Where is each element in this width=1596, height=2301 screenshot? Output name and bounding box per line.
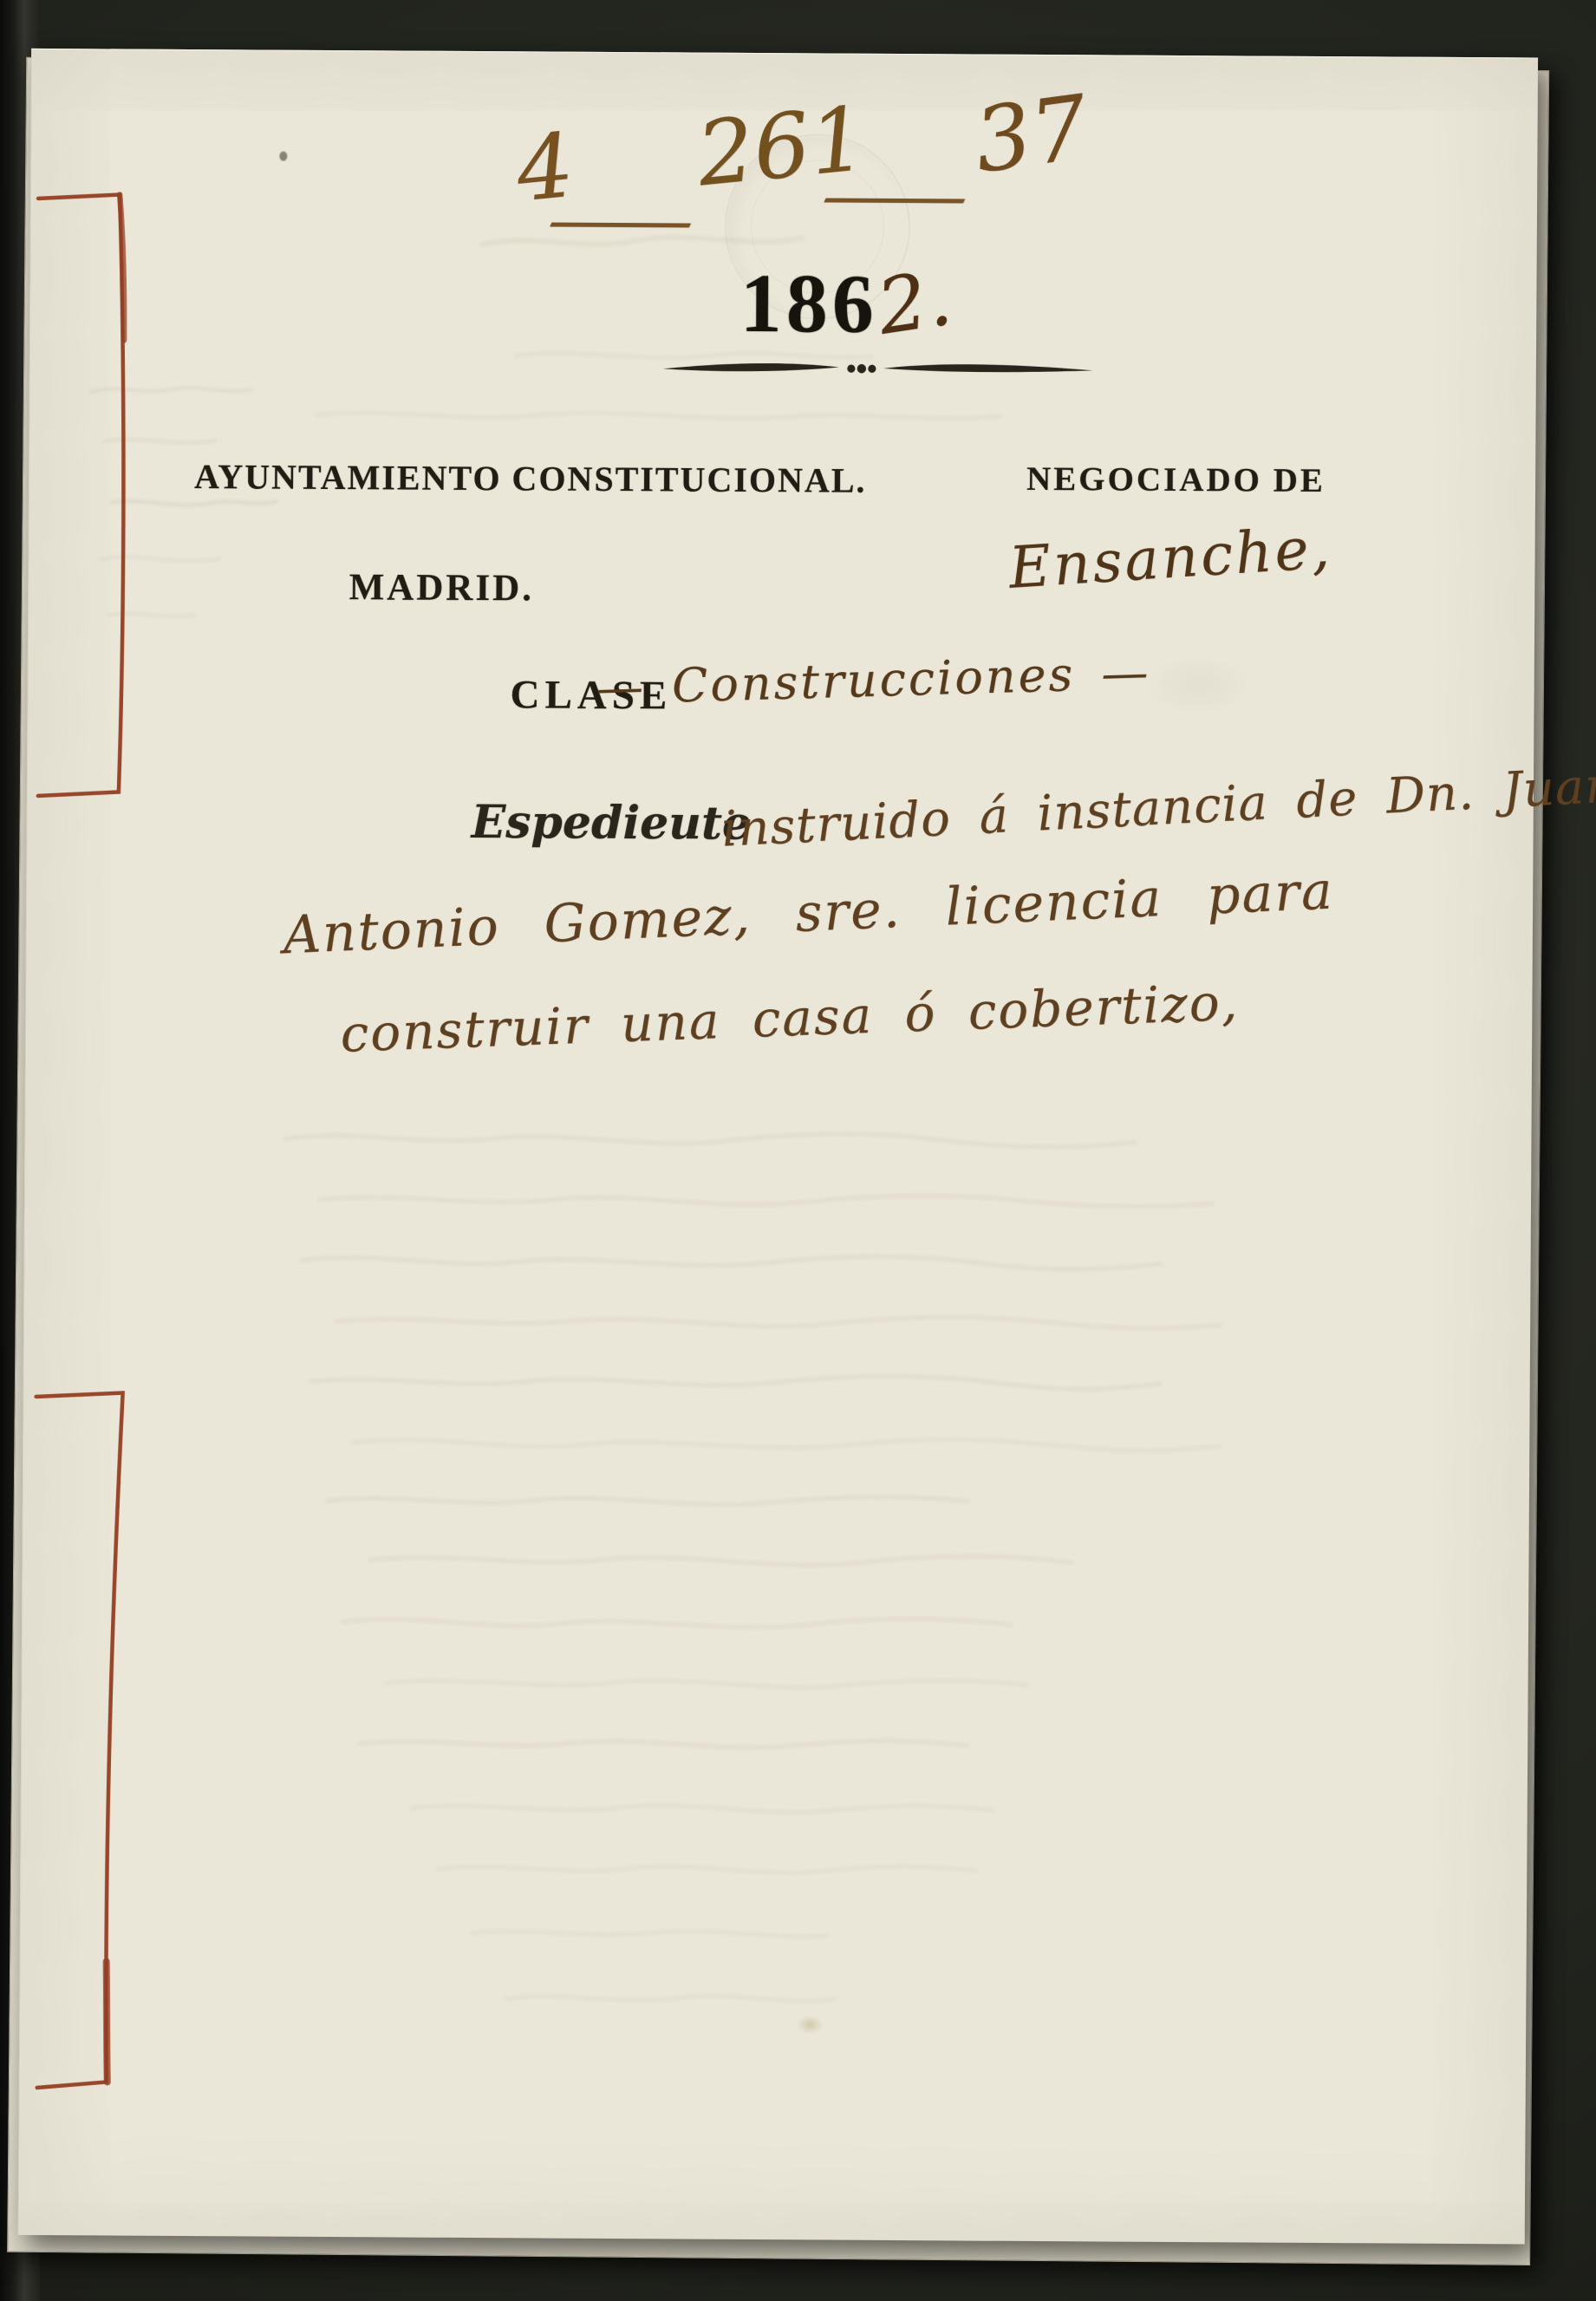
scan-canvas: 4 — 261 — 37 1862. AYUNTAMIENTO CONSTITU… [0, 0, 1596, 2301]
paper-stain [797, 2015, 823, 2034]
document-page: 4 — 261 — 37 1862. AYUNTAMIENTO CONSTITU… [18, 49, 1538, 2245]
file-reference-number-3: 37 [968, 76, 1093, 193]
org-title: AYUNTAMIENTO CONSTITUCIONAL. [194, 456, 690, 499]
expediente-label: Espedieute [471, 796, 751, 851]
file-reference-dash-1: — [544, 181, 696, 258]
file-reference-dash-2: — [818, 157, 970, 234]
year-handwritten-digit: 2. [871, 252, 957, 351]
year-heading: 1862. [698, 255, 993, 353]
ink-speck [279, 152, 287, 161]
negociado-label: NEGOCIADO DE [1026, 460, 1313, 500]
paper-smudge [1146, 655, 1250, 716]
divider-ornament [661, 356, 1095, 381]
org-city: MADRID. [193, 565, 689, 610]
year-printed-digits: 186 [740, 257, 879, 350]
